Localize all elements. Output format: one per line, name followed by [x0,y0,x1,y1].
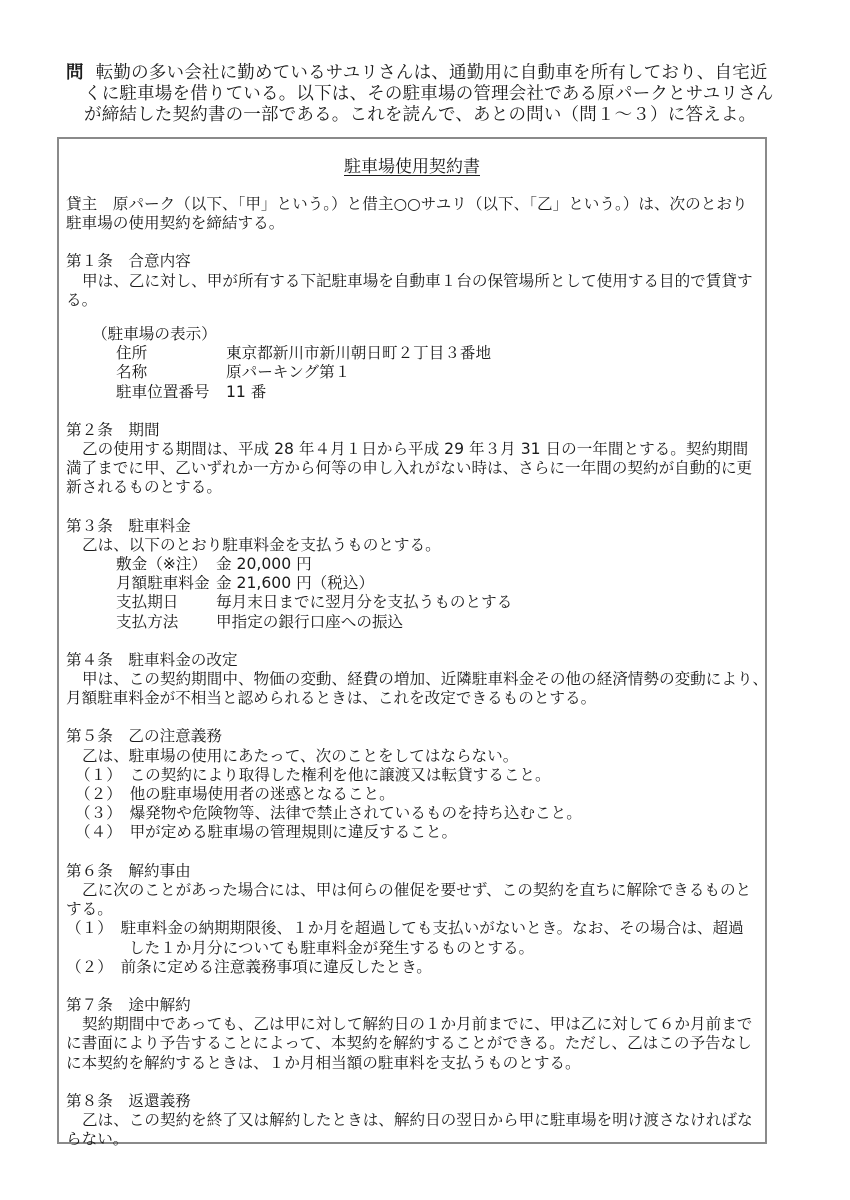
preamble-line: 貸主 原パーク（以下、「甲」という。）と借主○○サユリ（以下、「乙」という。）は… [66,195,766,214]
article-4: 第４条 駐車料金の改定 甲は、この契約期間中、物価の変動、経費の増加、近隣駐車料… [66,651,766,709]
article-text: する。 [66,900,766,919]
article-text: 新されるものとする。 [66,478,766,497]
question-line-3: が締結した契約書の一部である。これを読んで、あとの問い（問１～３）に答えよ。 [66,105,786,126]
article-text: 乙は、駐車場の使用にあたって、次のことをしてはならない。 [66,747,766,766]
article-heading: 第４条 駐車料金の改定 [66,651,766,670]
list-item-continuation: した１か月分についても駐車料金が発生するものとする。 [66,939,766,958]
article-text: に書面により予告することによって、本契約を解約することができる。ただし、乙はこの… [66,1034,766,1053]
preamble: 貸主 原パーク（以下、「甲」という。）と借主○○サユリ（以下、「乙」という。）は… [66,195,766,233]
article-text: る。 [66,291,766,310]
article-heading: 第３条 駐車料金 [66,517,766,536]
article-heading: 第８条 返還義務 [66,1092,766,1111]
question-line-1: 問転勤の多い会社に勤めているサユリさんは、通勤用に自動車を所有しており、自宅近 [66,63,786,84]
fee-row: 支払方法甲指定の銀行口座への振込 [116,613,766,632]
list-item: （１） この契約により取得した権利を他に譲渡又は転貸すること。 [66,766,766,785]
article-text: 契約期間中であっても、乙は甲に対して解約日の１か月前までに、甲は乙に対して６か月… [66,1015,766,1034]
parking-label: （駐車場の表示） [66,325,766,344]
article-text: 甲は、この契約期間中、物価の変動、経費の増加、近隣駐車料金その他の経済情勢の変動… [66,670,766,689]
article-7: 第７条 途中解約 契約期間中であっても、乙は甲に対して解約日の１か月前までに、甲… [66,996,766,1073]
article-3: 第３条 駐車料金 乙は、以下のとおり駐車料金を支払うものとする。 敷金（※注）金… [66,517,766,632]
contract-box: 駐車場使用契約書 貸主 原パーク（以下、「甲」という。）と借主○○サユリ（以下、… [57,137,767,1144]
contract-body: 貸主 原パーク（以下、「甲」という。）と借主○○サユリ（以下、「乙」という。）は… [66,195,766,1168]
article-text: 乙の使用する期間は、平成 28 年４月１日から平成 29 年３月 31 日の一年… [66,440,766,459]
question-intro: 問転勤の多い会社に勤めているサユリさんは、通勤用に自動車を所有しており、自宅近 … [66,63,786,126]
list-item: （４） 甲が定める駐車場の管理規則に違反すること。 [66,823,766,842]
article-1: 第１条 合意内容 甲は、乙に対し、甲が所有する下記駐車場を自動車１台の保管場所と… [66,252,766,401]
question-mark: 問 [66,63,84,83]
parking-row: 駐車位置番号11 番 [116,383,766,402]
article-text: に本契約を解約するときは、１か月相当額の駐車料を支払うものとする。 [66,1054,766,1073]
list-item: （２） 前条に定める注意義務事項に違反したとき。 [66,958,766,977]
fee-details: 敷金（※注）金 20,000 円 月額駐車料金金 21,600 円（税込） 支払… [66,555,766,632]
question-line-2: くに駐車場を借りている。以下は、その駐車場の管理会社である原パークとサユリさん [66,84,786,105]
article-text: 月額駐車料金が不相当と認められるときは、これを改定できるものとする。 [66,689,766,708]
article-text: 満了までに甲、乙いずれか一方から何等の申し入れがない時は、さらに一年間の契約が自… [66,459,766,478]
fee-row: 敷金（※注）金 20,000 円 [116,555,766,574]
article-heading: 第５条 乙の注意義務 [66,727,766,746]
fee-row: 支払期日毎月末日までに翌月分を支払うものとする [116,593,766,612]
article-5: 第５条 乙の注意義務 乙は、駐車場の使用にあたって、次のことをしてはならない。 … [66,727,766,842]
article-8: 第８条 返還義務 乙は、この契約を終了又は解約したときは、解約日の翌日から甲に駐… [66,1092,766,1150]
contract-title: 駐車場使用契約書 [59,157,765,177]
article-6: 第６条 解約事由 乙に次のことがあった場合には、甲は何らの催促を要せず、この契約… [66,862,766,977]
list-item: （１） 駐車料金の納期期限後、１か月を超過しても支払いがないとき。なお、その場合… [66,919,766,938]
parking-details: 住所東京都新川市新川朝日町２丁目３番地 名称原パーキング第１ 駐車位置番号11 … [66,344,766,402]
article-heading: 第７条 途中解約 [66,996,766,1015]
article-text: 乙に次のことがあった場合には、甲は何らの催促を要せず、この契約を直ちに解除できる… [66,881,766,900]
parking-row: 名称原パーキング第１ [116,363,766,382]
article-text: らない。 [66,1130,766,1149]
article-heading: 第２条 期間 [66,421,766,440]
parking-row: 住所東京都新川市新川朝日町２丁目３番地 [116,344,766,363]
preamble-line: 駐車場の使用契約を締結する。 [66,214,766,233]
list-item: （２） 他の駐車場使用者の迷惑となること。 [66,785,766,804]
article-text: 乙は、以下のとおり駐車料金を支払うものとする。 [66,536,766,555]
fee-row: 月額駐車料金金 21,600 円（税込） [116,574,766,593]
article-heading: 第１条 合意内容 [66,252,766,271]
article-heading: 第６条 解約事由 [66,862,766,881]
list-item: （３） 爆発物や危険物等、法律で禁止されているものを持ち込むこと。 [66,804,766,823]
article-text: 乙は、この契約を終了又は解約したときは、解約日の翌日から甲に駐車場を明け渡さなけ… [66,1111,766,1130]
article-text: 甲は、乙に対し、甲が所有する下記駐車場を自動車１台の保管場所として使用する目的で… [66,272,766,291]
article-2: 第２条 期間 乙の使用する期間は、平成 28 年４月１日から平成 29 年３月 … [66,421,766,498]
